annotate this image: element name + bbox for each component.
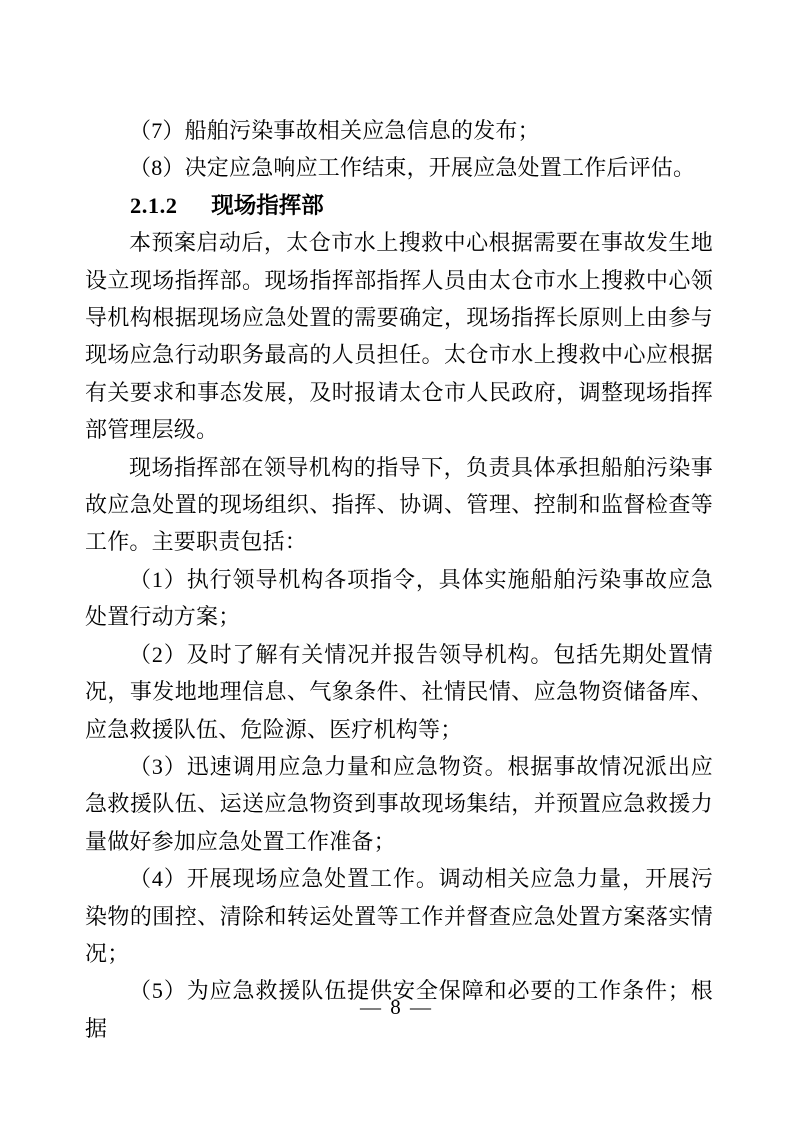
- section-heading: 2.1.2现场指挥部: [85, 187, 713, 224]
- section-heading-number: 2.1.2: [130, 193, 178, 218]
- duty-item-3: （3）迅速调用应急力量和应急物资。根据事故情况派出应急救援队伍、运送应急物资到事…: [85, 748, 713, 860]
- duty-item-4: （4）开展现场应急处置工作。调动相关应急力量，开展污染物的围控、清除和转运处置等…: [85, 860, 713, 972]
- document-page: （7）船舶污染事故相关应急信息的发布； （8）决定应急响应工作结束，开展应急处置…: [0, 0, 793, 1122]
- paragraph-command-post-duties-intro: 现场指挥部在领导机构的指导下，负责具体承担船舶污染事故应急处置的现场组织、指挥、…: [85, 449, 713, 561]
- duty-item-1: （1）执行领导机构各项指令，具体实施船舶污染事故应急处置行动方案；: [85, 561, 713, 636]
- section-heading-title: 现场指挥部: [211, 193, 324, 218]
- page-body: （7）船舶污染事故相关应急信息的发布； （8）决定应急响应工作结束，开展应急处置…: [85, 112, 713, 1047]
- page-number: — 8 —: [0, 992, 793, 1022]
- paragraph-setup-command-post: 本预案启动后，太仓市水上搜救中心根据需要在事故发生地设立现场指挥部。现场指挥部指…: [85, 224, 713, 448]
- duty-item-2: （2）及时了解有关情况并报告领导机构。包括先期处置情况，事发地地理信息、气象条件…: [85, 636, 713, 748]
- list-item-8: （8）决定应急响应工作结束，开展应急处置工作后评估。: [85, 149, 713, 186]
- list-item-7: （7）船舶污染事故相关应急信息的发布；: [85, 112, 713, 149]
